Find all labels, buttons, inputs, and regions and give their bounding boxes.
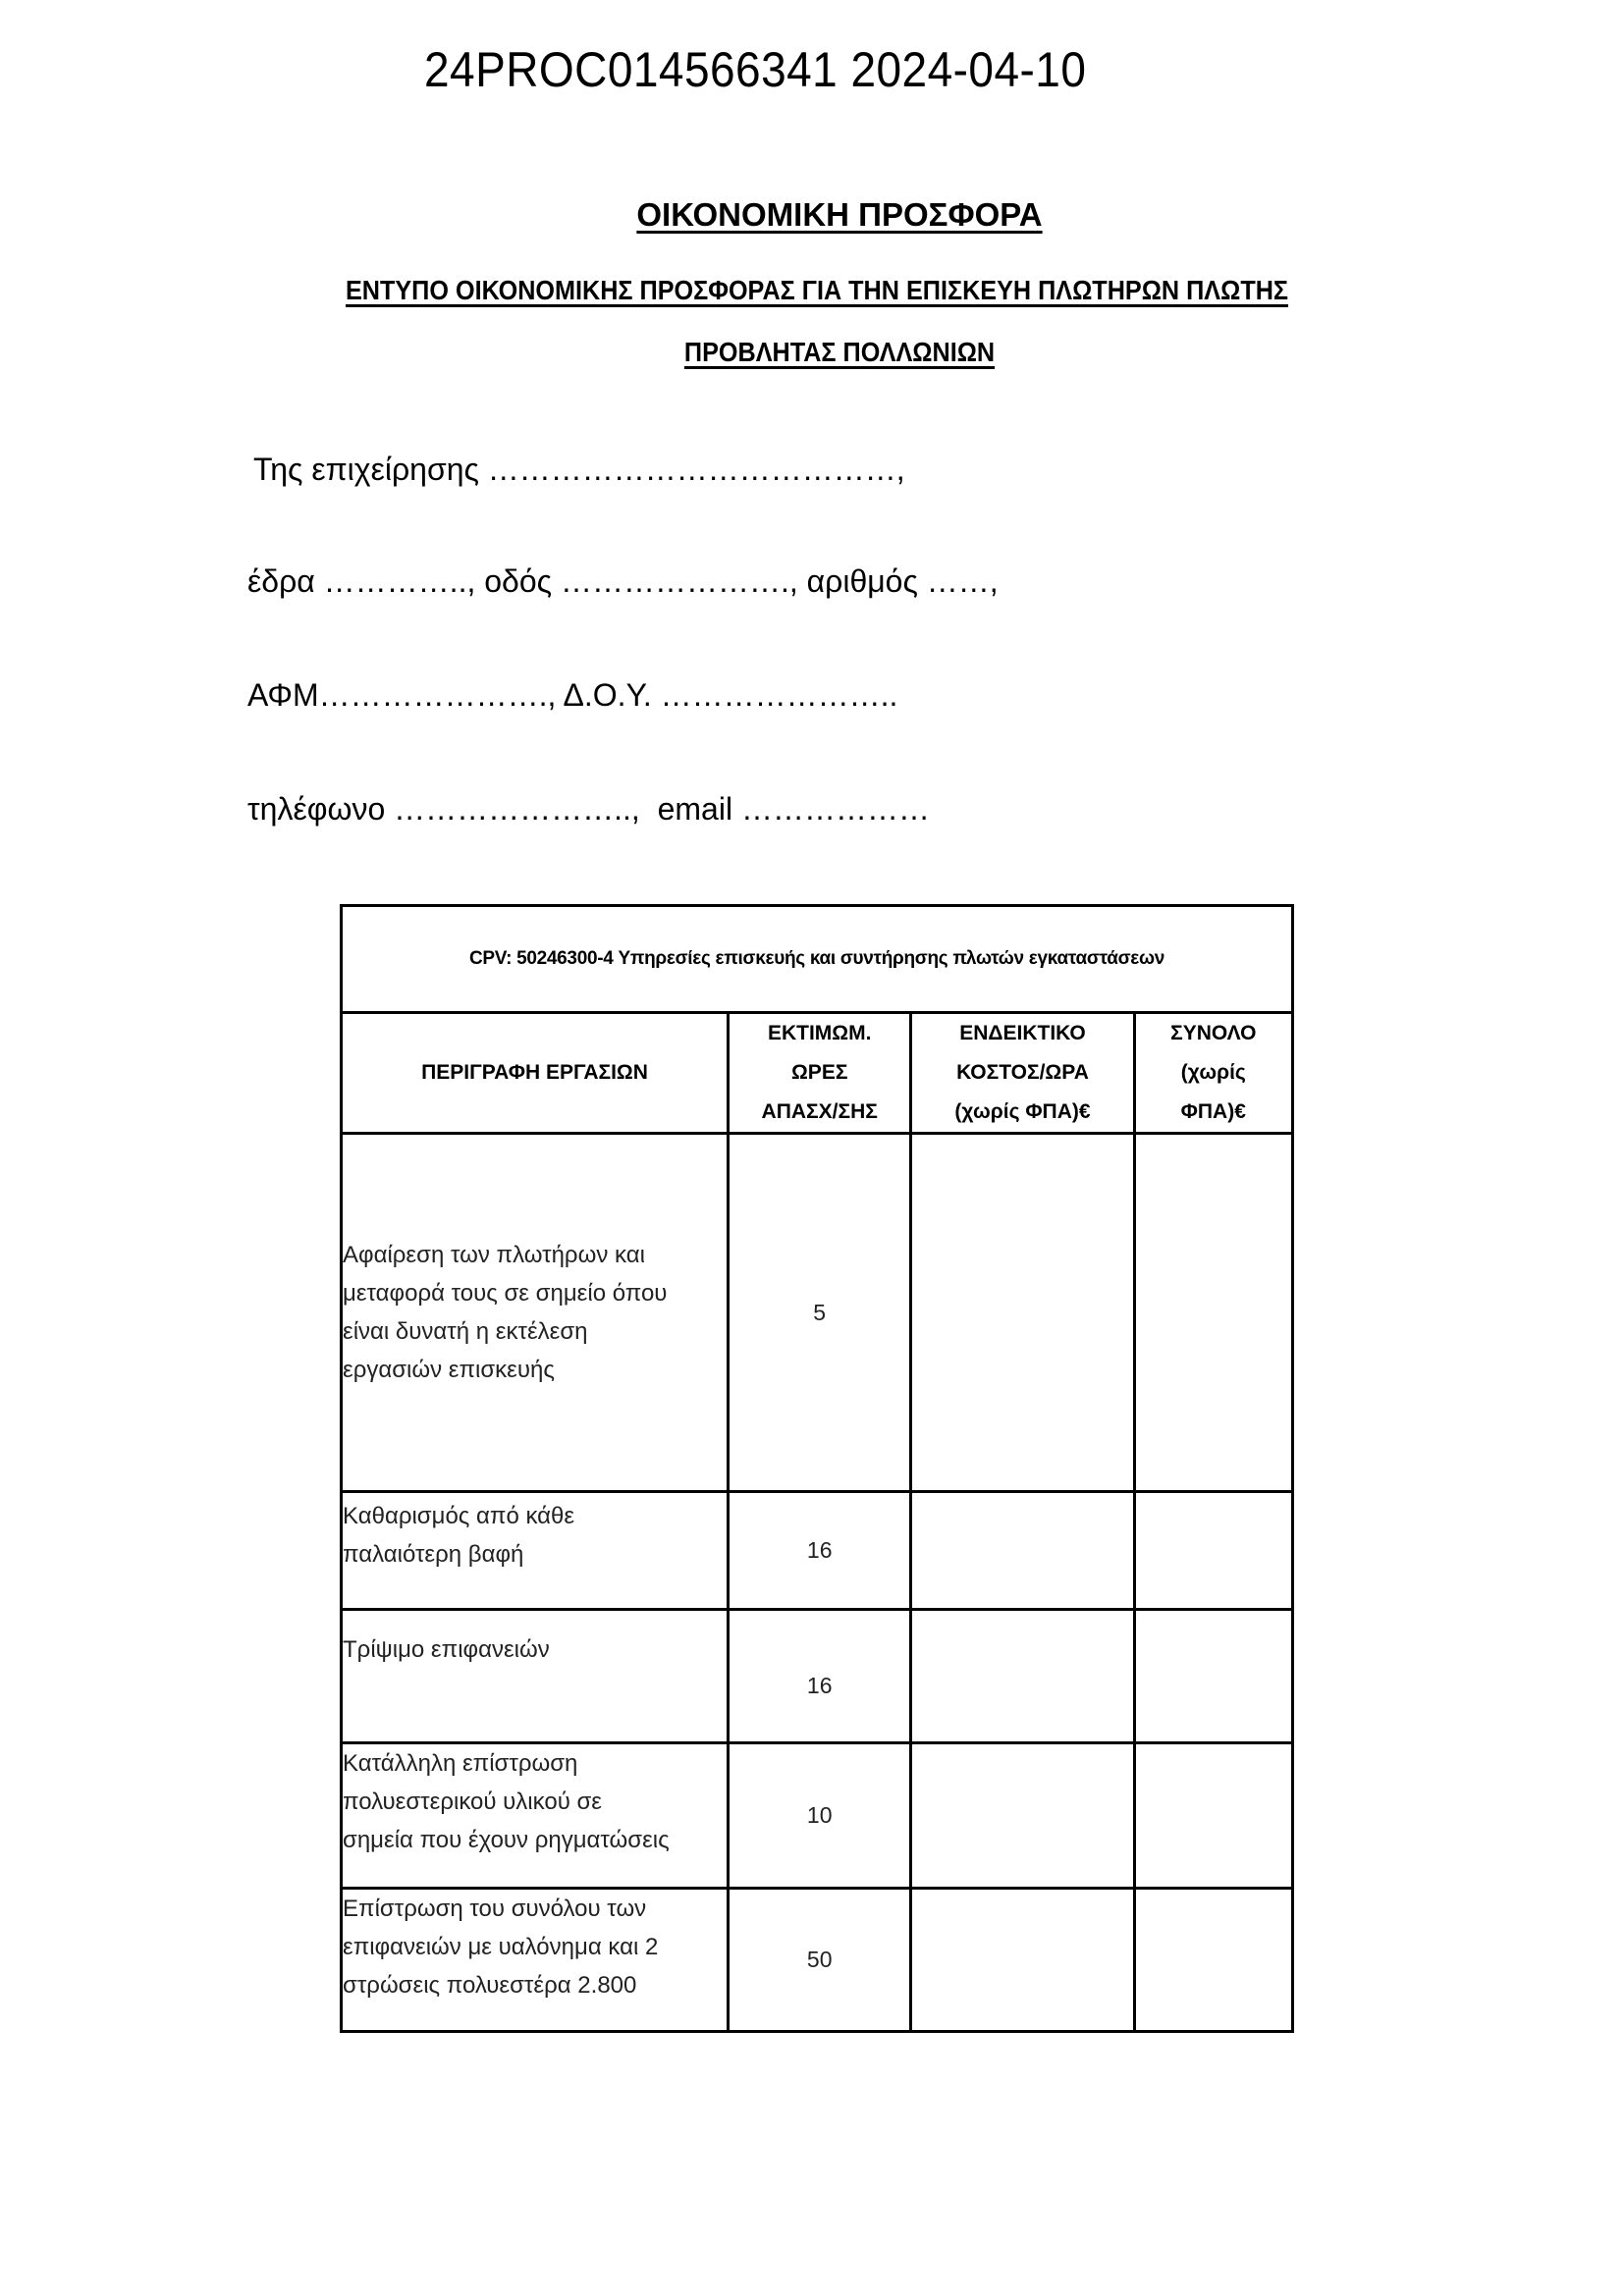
- cost-per-hour-cell[interactable]: [911, 1134, 1134, 1492]
- task-description: Επίστρωση του συνόλου των επιφανειών με …: [342, 1889, 729, 2032]
- column-header-cost-per-hour: ΕΝΔΕΙΚΤΙΚΟ ΚΟΣΤΟΣ/ΩΡΑ (χωρίς ΦΠΑ)€: [911, 1013, 1134, 1134]
- cpv-header: CPV: 50246300-4 Υπηρεσίες επισκευής και …: [342, 906, 1293, 1013]
- offer-table: CPV: 50246300-4 Υπηρεσίες επισκευής και …: [340, 904, 1294, 2033]
- table-header-row: ΠΕΡΙΓΡΑΦΗ ΕΡΓΑΣΙΩΝ ΕΚΤΙΜΩΜ. ΩΡΕΣ ΑΠΑΣΧ/Σ…: [342, 1013, 1293, 1134]
- table-row: Επίστρωση του συνόλου των επιφανειών με …: [342, 1889, 1293, 2032]
- task-hours: 10: [729, 1743, 911, 1889]
- document-stamp: 24PROC014566341 2024-04-10: [424, 41, 1086, 98]
- table-row: Κατάλληλη επίστρωση πολυεστερικού υλικού…: [342, 1743, 1293, 1889]
- total-cell[interactable]: [1134, 1889, 1292, 2032]
- cost-per-hour-cell[interactable]: [911, 1743, 1134, 1889]
- tax-info-field[interactable]: ΑΦΜ…………………., Δ.Ο.Υ. …………………..: [247, 677, 897, 714]
- table-row: Αφαίρεση των πλωτήρων και μεταφορά τους …: [342, 1134, 1293, 1492]
- cost-per-hour-cell[interactable]: [911, 1610, 1134, 1743]
- task-description: Καθαρισμός από κάθε παλαιότερη βαφή: [342, 1492, 729, 1610]
- total-cell[interactable]: [1134, 1743, 1292, 1889]
- business-name-field[interactable]: Της επιχείρησης …………………………………,: [253, 452, 905, 488]
- task-hours: 50: [729, 1889, 911, 2032]
- task-hours: 16: [729, 1610, 911, 1743]
- table-row: Τρίψιμο επιφανειών 16: [342, 1610, 1293, 1743]
- cost-per-hour-cell[interactable]: [911, 1492, 1134, 1610]
- document-title: ΟΙΚΟΝΟΜΙΚΗ ΠΡΟΣΦΟΡΑ: [0, 196, 1624, 234]
- total-cell[interactable]: [1134, 1610, 1292, 1743]
- task-description: Αφαίρεση των πλωτήρων και μεταφορά τους …: [342, 1134, 729, 1492]
- task-description: Κατάλληλη επίστρωση πολυεστερικού υλικού…: [342, 1743, 729, 1889]
- column-header-total: ΣΥΝΟΛΟ (χωρίς ΦΠΑ)€: [1134, 1013, 1292, 1134]
- task-description: Τρίψιμο επιφανειών: [342, 1610, 729, 1743]
- column-header-hours: ΕΚΤΙΜΩΜ. ΩΡΕΣ ΑΠΑΣΧ/ΣΗΣ: [729, 1013, 911, 1134]
- total-cell[interactable]: [1134, 1492, 1292, 1610]
- address-field[interactable]: έδρα ………….., οδός …………………., αριθμός ……,: [247, 563, 999, 600]
- column-header-description: ΠΕΡΙΓΡΑΦΗ ΕΡΓΑΣΙΩΝ: [342, 1013, 729, 1134]
- table-row: Καθαρισμός από κάθε παλαιότερη βαφή 16: [342, 1492, 1293, 1610]
- document-subtitle-line1: ΕΝΤΥΠΟ ΟΙΚΟΝΟΜΙΚΗΣ ΠΡΟΣΦΟΡΑΣ ΓΙΑ ΤΗΝ ΕΠΙ…: [81, 275, 1552, 306]
- task-hours: 5: [729, 1134, 911, 1492]
- contact-field[interactable]: τηλέφωνο ………………….., email ………………: [247, 791, 930, 828]
- task-hours: 16: [729, 1492, 911, 1610]
- document-subtitle-line2: ΠΡΟΒΛΗΤΑΣ ΠΟΛΛΩΝΙΩΝ: [84, 337, 1596, 368]
- cost-per-hour-cell[interactable]: [911, 1889, 1134, 2032]
- total-cell[interactable]: [1134, 1134, 1292, 1492]
